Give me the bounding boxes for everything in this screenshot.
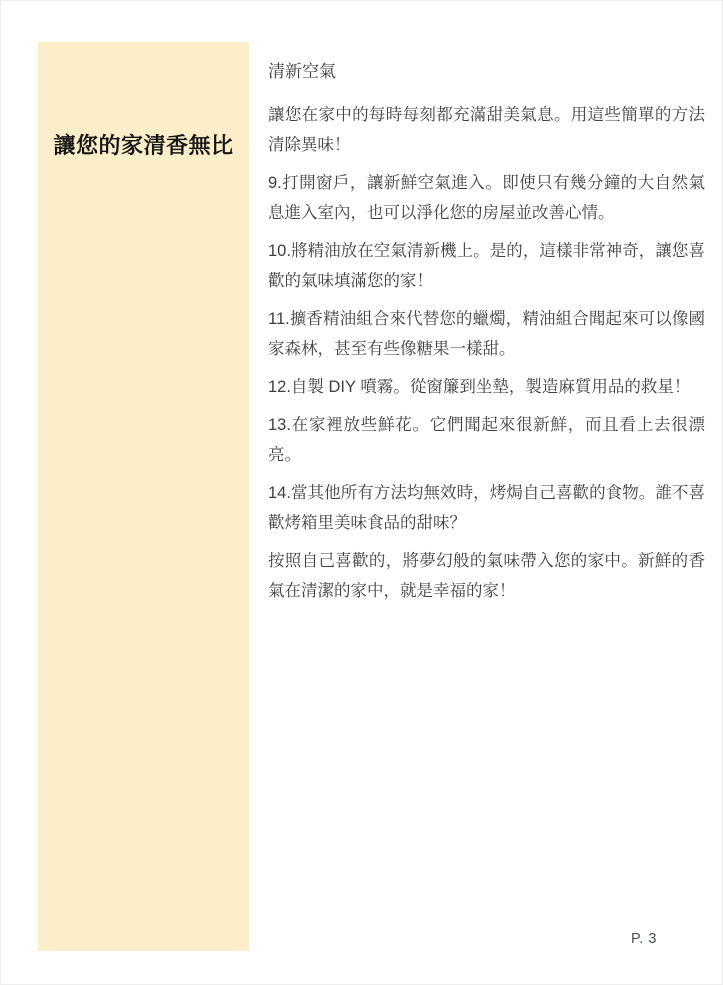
article-heading: 清新空氣: [268, 57, 705, 87]
document-page: 讓您的家清香無比 清新空氣 讓您在家中的每時每刻都充滿甜美氣息。用這些簡單的方法…: [0, 0, 723, 985]
closing-paragraph: 按照自己喜歡的，將夢幻般的氣味帶入您的家中。新鮮的香氣在清潔的家中，就是幸福的家…: [268, 546, 705, 606]
tip-item-12: 12.自製 DIY 噴霧。從窗簾到坐墊，製造麻質用品的救星！: [268, 372, 705, 402]
tip-item-11: 11.擴香精油組合來代替您的蠟燭，精油組合聞起來可以像國家森林，甚至有些像糖果一…: [268, 304, 705, 364]
tip-item-13: 13.在家裡放些鮮花。它們聞起來很新鮮，而且看上去很漂亮。: [268, 410, 705, 470]
tip-item-10: 10.將精油放在空氣清新機上。是的，這樣非常神奇，讓您喜歡的氣味填滿您的家！: [268, 236, 705, 296]
sidebar-panel: 讓您的家清香無比: [38, 42, 249, 951]
page-number: P. 3: [631, 930, 657, 948]
tip-item-9: 9.打開窗戶，讓新鮮空氣進入。即使只有幾分鐘的大自然氣息進入室內，也可以淨化您的…: [268, 168, 705, 228]
article: 清新空氣 讓您在家中的每時每刻都充滿甜美氣息。用這些簡單的方法清除異味！ 9.打…: [268, 57, 705, 614]
intro-paragraph: 讓您在家中的每時每刻都充滿甜美氣息。用這些簡單的方法清除異味！: [268, 100, 705, 160]
sidebar-title: 讓您的家清香無比: [38, 130, 249, 162]
tip-item-14: 14.當其他所有方法均無效時，烤焗自己喜歡的食物。誰不喜歡烤箱里美味食品的甜味？: [268, 478, 705, 538]
